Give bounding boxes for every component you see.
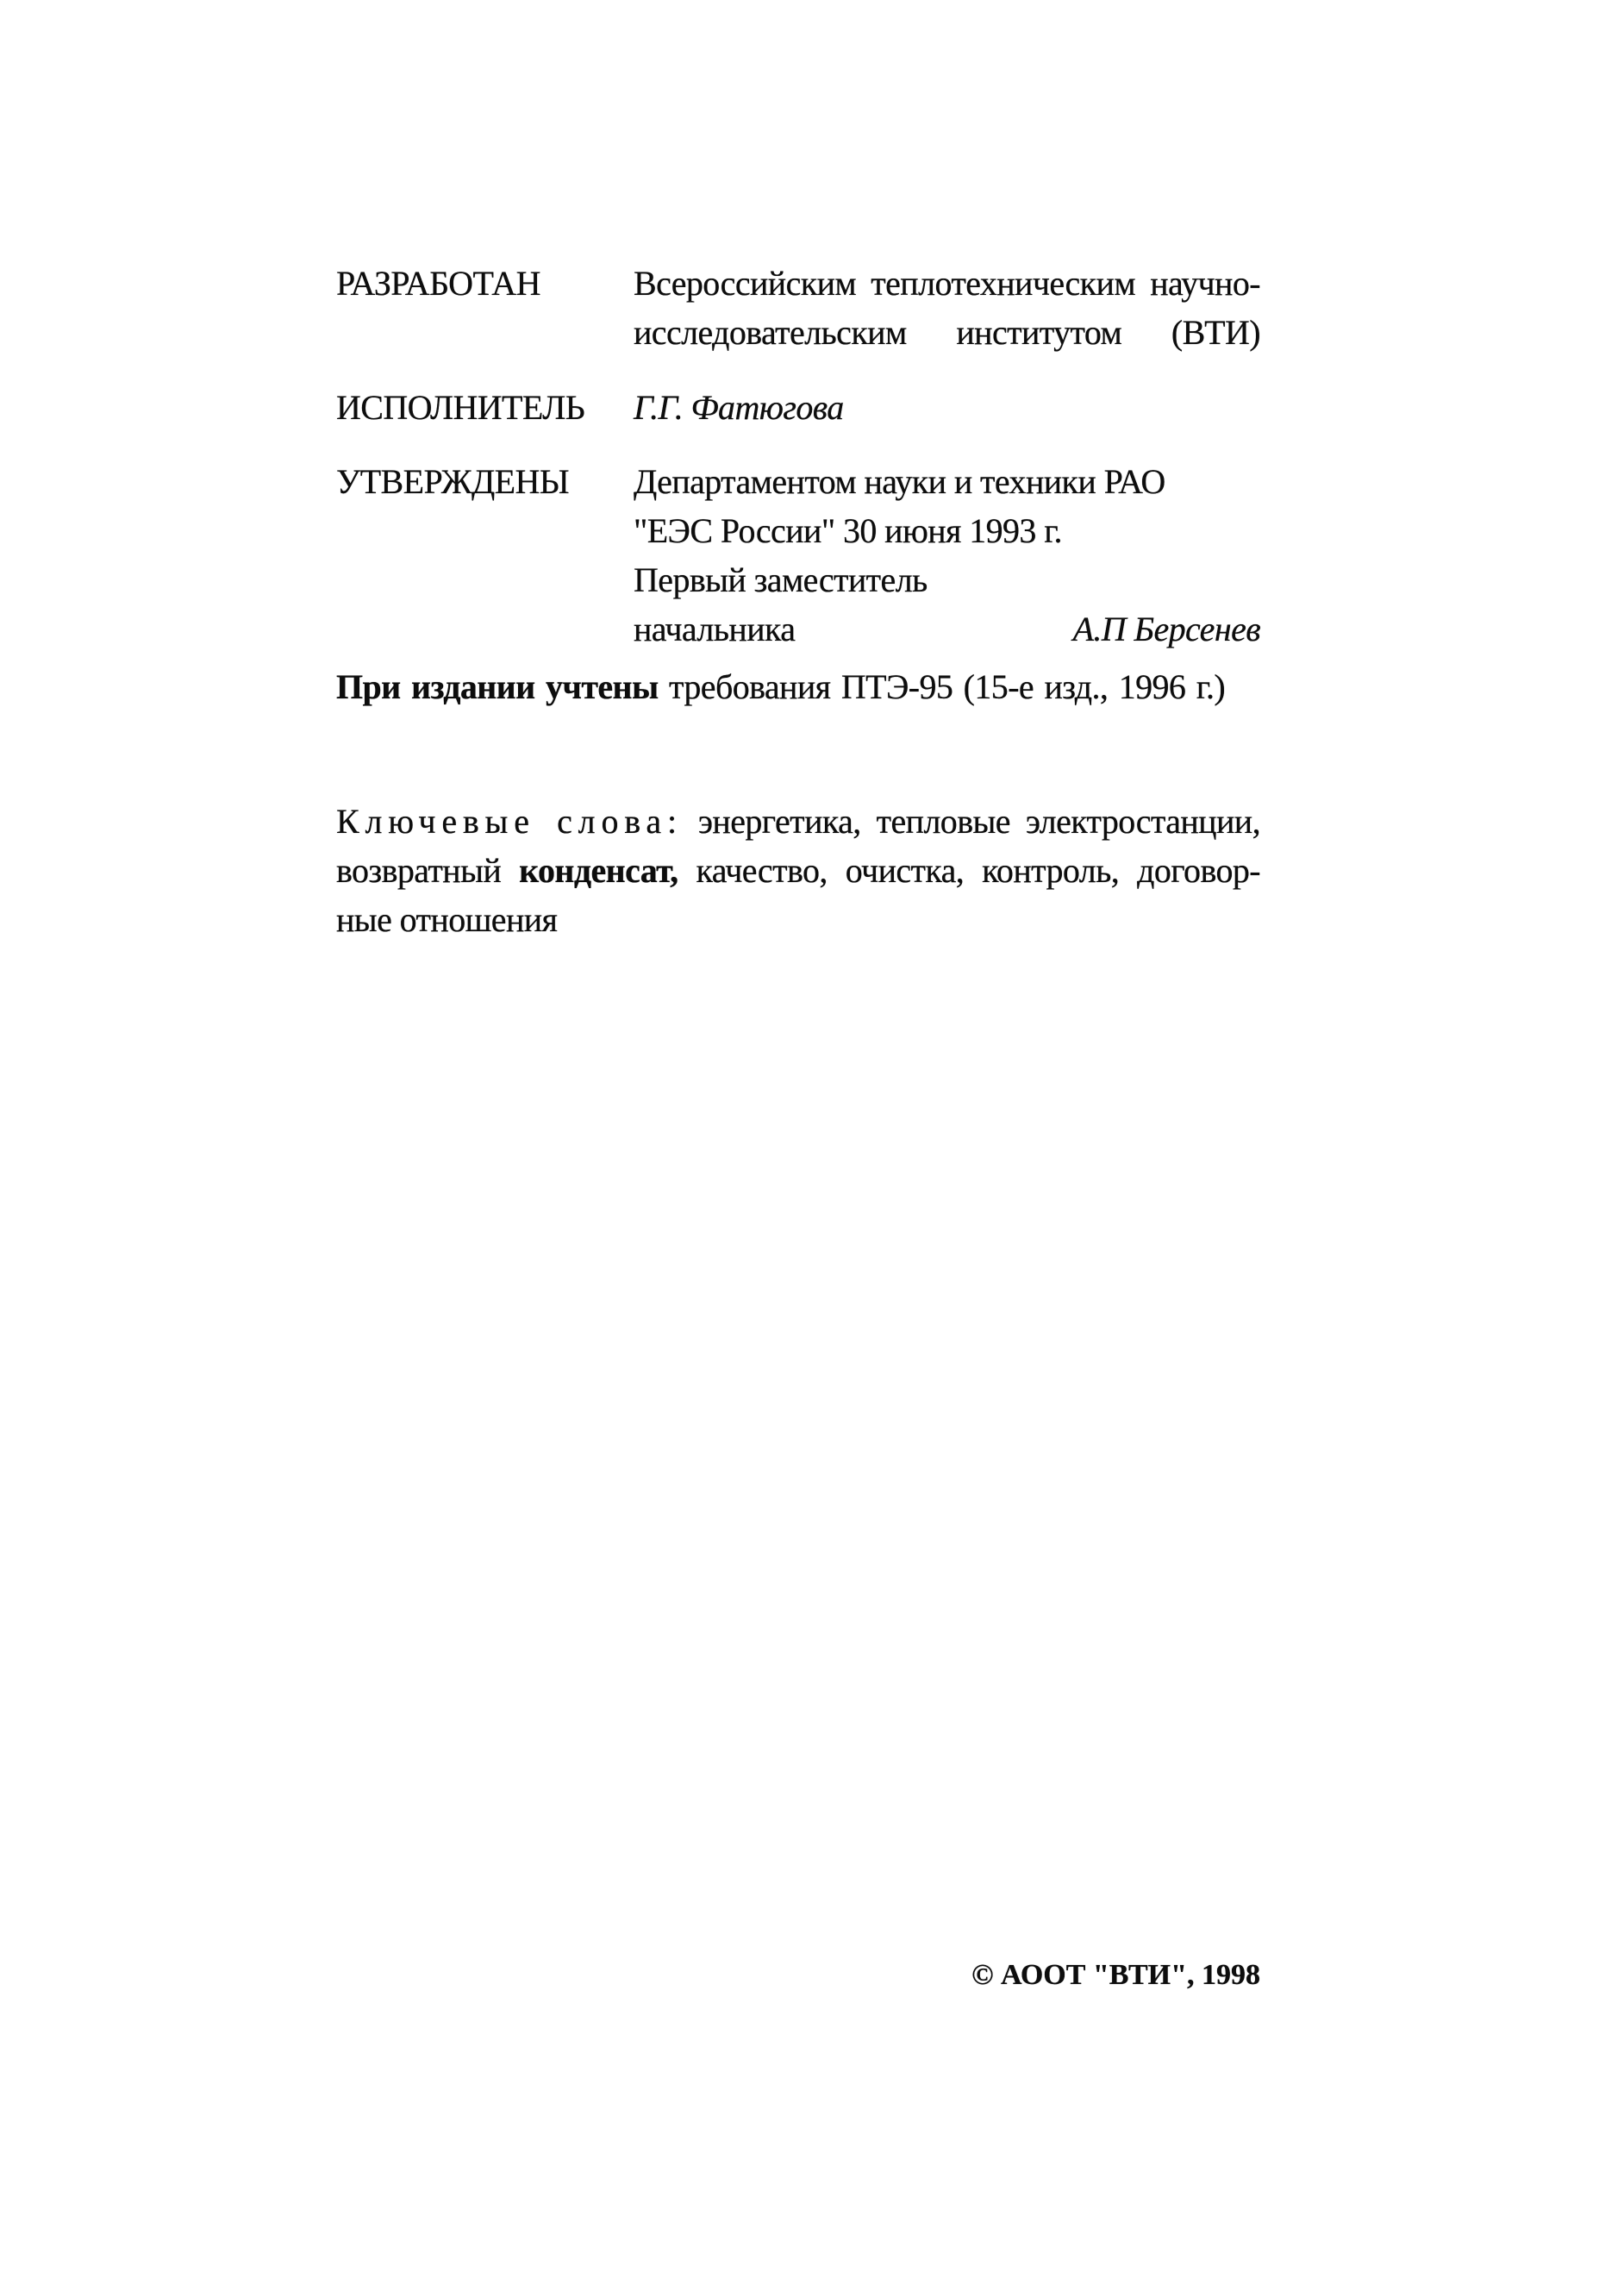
approved-value-line1: Департаментом науки и техники РАО [634, 457, 1260, 506]
executor-row: ИСПОЛНИТЕЛЬ Г.Г. Фатюгова [336, 383, 1260, 432]
keywords-line2: возвратный конденсат, качество, очистка,… [336, 846, 1260, 895]
copyright-text: © АООТ "ВТИ", 1998 [971, 1959, 1260, 1991]
keywords-line1: Ключевые слова: энергетика, тепловые эле… [336, 797, 1260, 846]
developed-value-line1: Всероссийским теплотехническим научно- [634, 259, 1260, 308]
approved-value-line3: Первый заместитель [634, 555, 1260, 604]
developed-value: Всероссийским теплотехническим научно- и… [634, 259, 1260, 357]
approved-signatory-name: А.П Берсенев [1073, 604, 1260, 654]
document-page: РАЗРАБОТАН Всероссийским теплотехнически… [0, 0, 1624, 2272]
copyright-footer: © АООТ "ВТИ", 1998 [336, 1959, 1260, 1992]
keywords-line2-pre: возвратный [336, 851, 519, 890]
keywords-line1-rest: энергетика, тепловые электростанции, [683, 802, 1260, 841]
keywords-line2-bold: конденсат, [519, 851, 678, 890]
keywords-paragraph: Ключевые слова: энергетика, тепловые эле… [336, 797, 1260, 944]
approved-position: начальника [634, 604, 795, 654]
keywords-line3: ные отношения [336, 895, 1260, 944]
developed-row: РАЗРАБОТАН Всероссийским теплотехнически… [336, 259, 1260, 357]
approved-value: Департаментом науки и техники РАО "ЕЭС Р… [634, 457, 1260, 654]
approved-value-line4: начальника А.П Берсенев [634, 604, 1260, 654]
approved-row: УТВЕРЖДЕНЫ Департаментом науки и техники… [336, 457, 1260, 654]
executor-value: Г.Г. Фатюгова [634, 383, 1260, 432]
approved-value-line2: "ЕЭС России" 30 июня 1993 г. [634, 506, 1260, 555]
keywords-line2-rest: качество, очистка, контроль, договор- [678, 851, 1260, 890]
keywords-label: Ключевые слова: [336, 802, 683, 841]
edition-note-lead: При издании учтены [336, 667, 659, 706]
executor-name: Г.Г. Фатюгова [634, 383, 1260, 432]
developed-value-line2: исследовательским институтом (ВТИ) [634, 308, 1260, 357]
edition-note-rest: требования ПТЭ-95 (15-е изд., 1996 г.) [659, 667, 1226, 706]
approved-label: УТВЕРЖДЕНЫ [336, 457, 634, 506]
edition-note: При издании учтены требования ПТЭ-95 (15… [336, 662, 1260, 711]
developed-label: РАЗРАБОТАН [336, 259, 634, 308]
executor-label: ИСПОЛНИТЕЛЬ [336, 383, 634, 432]
